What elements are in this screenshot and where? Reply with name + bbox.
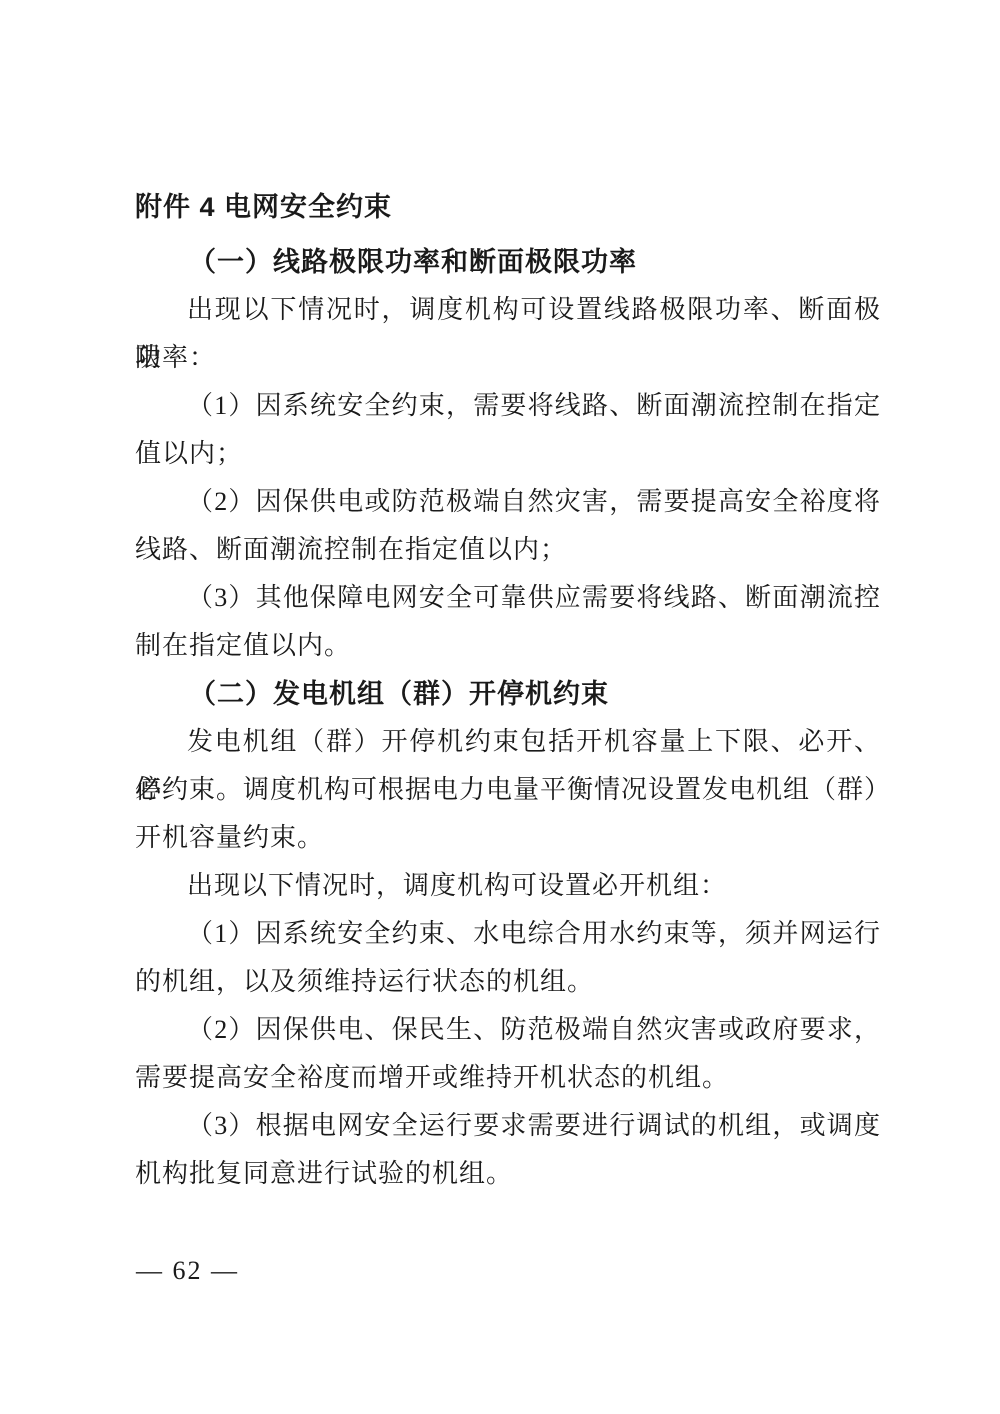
text-line: 需要提高安全裕度而增开或维持开机状态的机组。 xyxy=(135,1054,881,1102)
text-line: （2）因保供电或防范极端自然灾害，需要提高安全裕度将 xyxy=(135,478,881,526)
text-line: 的机组，以及须维持运行状态的机组。 xyxy=(135,958,881,1006)
section1-heading: （一）线路极限功率和断面极限功率 xyxy=(135,238,881,286)
page-number: — 62 — xyxy=(136,1254,239,1288)
text-line: 制在指定值以内。 xyxy=(135,622,881,670)
text-line: 发电机组（群）开停机约束包括开机容量上下限、必开、必 xyxy=(135,718,881,766)
text-line: 机构批复同意进行试验的机组。 xyxy=(135,1150,881,1198)
document-content: 附件 4 电网安全约束 （一）线路极限功率和断面极限功率 出现以下情况时，调度机… xyxy=(135,182,881,1198)
text-line: 停约束。调度机构可根据电力电量平衡情况设置发电机组（群） xyxy=(135,766,881,814)
text-line: 出现以下情况时，调度机构可设置线路极限功率、断面极限 xyxy=(135,286,881,334)
text-line: 出现以下情况时，调度机构可设置必开机组： xyxy=(135,862,881,910)
section2-heading: （二）发电机组（群）开停机约束 xyxy=(135,670,881,718)
page-title: 附件 4 电网安全约束 xyxy=(135,182,881,238)
document-page: 附件 4 电网安全约束 （一）线路极限功率和断面极限功率 出现以下情况时，调度机… xyxy=(0,0,1000,1414)
text-line: 开机容量约束。 xyxy=(135,814,881,862)
text-line: （3）根据电网安全运行要求需要进行调试的机组，或调度 xyxy=(135,1102,881,1150)
text-line: （1）因系统安全约束、水电综合用水约束等，须并网运行 xyxy=(135,910,881,958)
text-line: （1）因系统安全约束，需要将线路、断面潮流控制在指定 xyxy=(135,382,881,430)
text-line: （2）因保供电、保民生、防范极端自然灾害或政府要求， xyxy=(135,1006,881,1054)
text-line: （3）其他保障电网安全可靠供应需要将线路、断面潮流控 xyxy=(135,574,881,622)
text-line: 线路、断面潮流控制在指定值以内； xyxy=(135,526,881,574)
text-line: 功率： xyxy=(135,334,881,382)
text-line: 值以内； xyxy=(135,430,881,478)
